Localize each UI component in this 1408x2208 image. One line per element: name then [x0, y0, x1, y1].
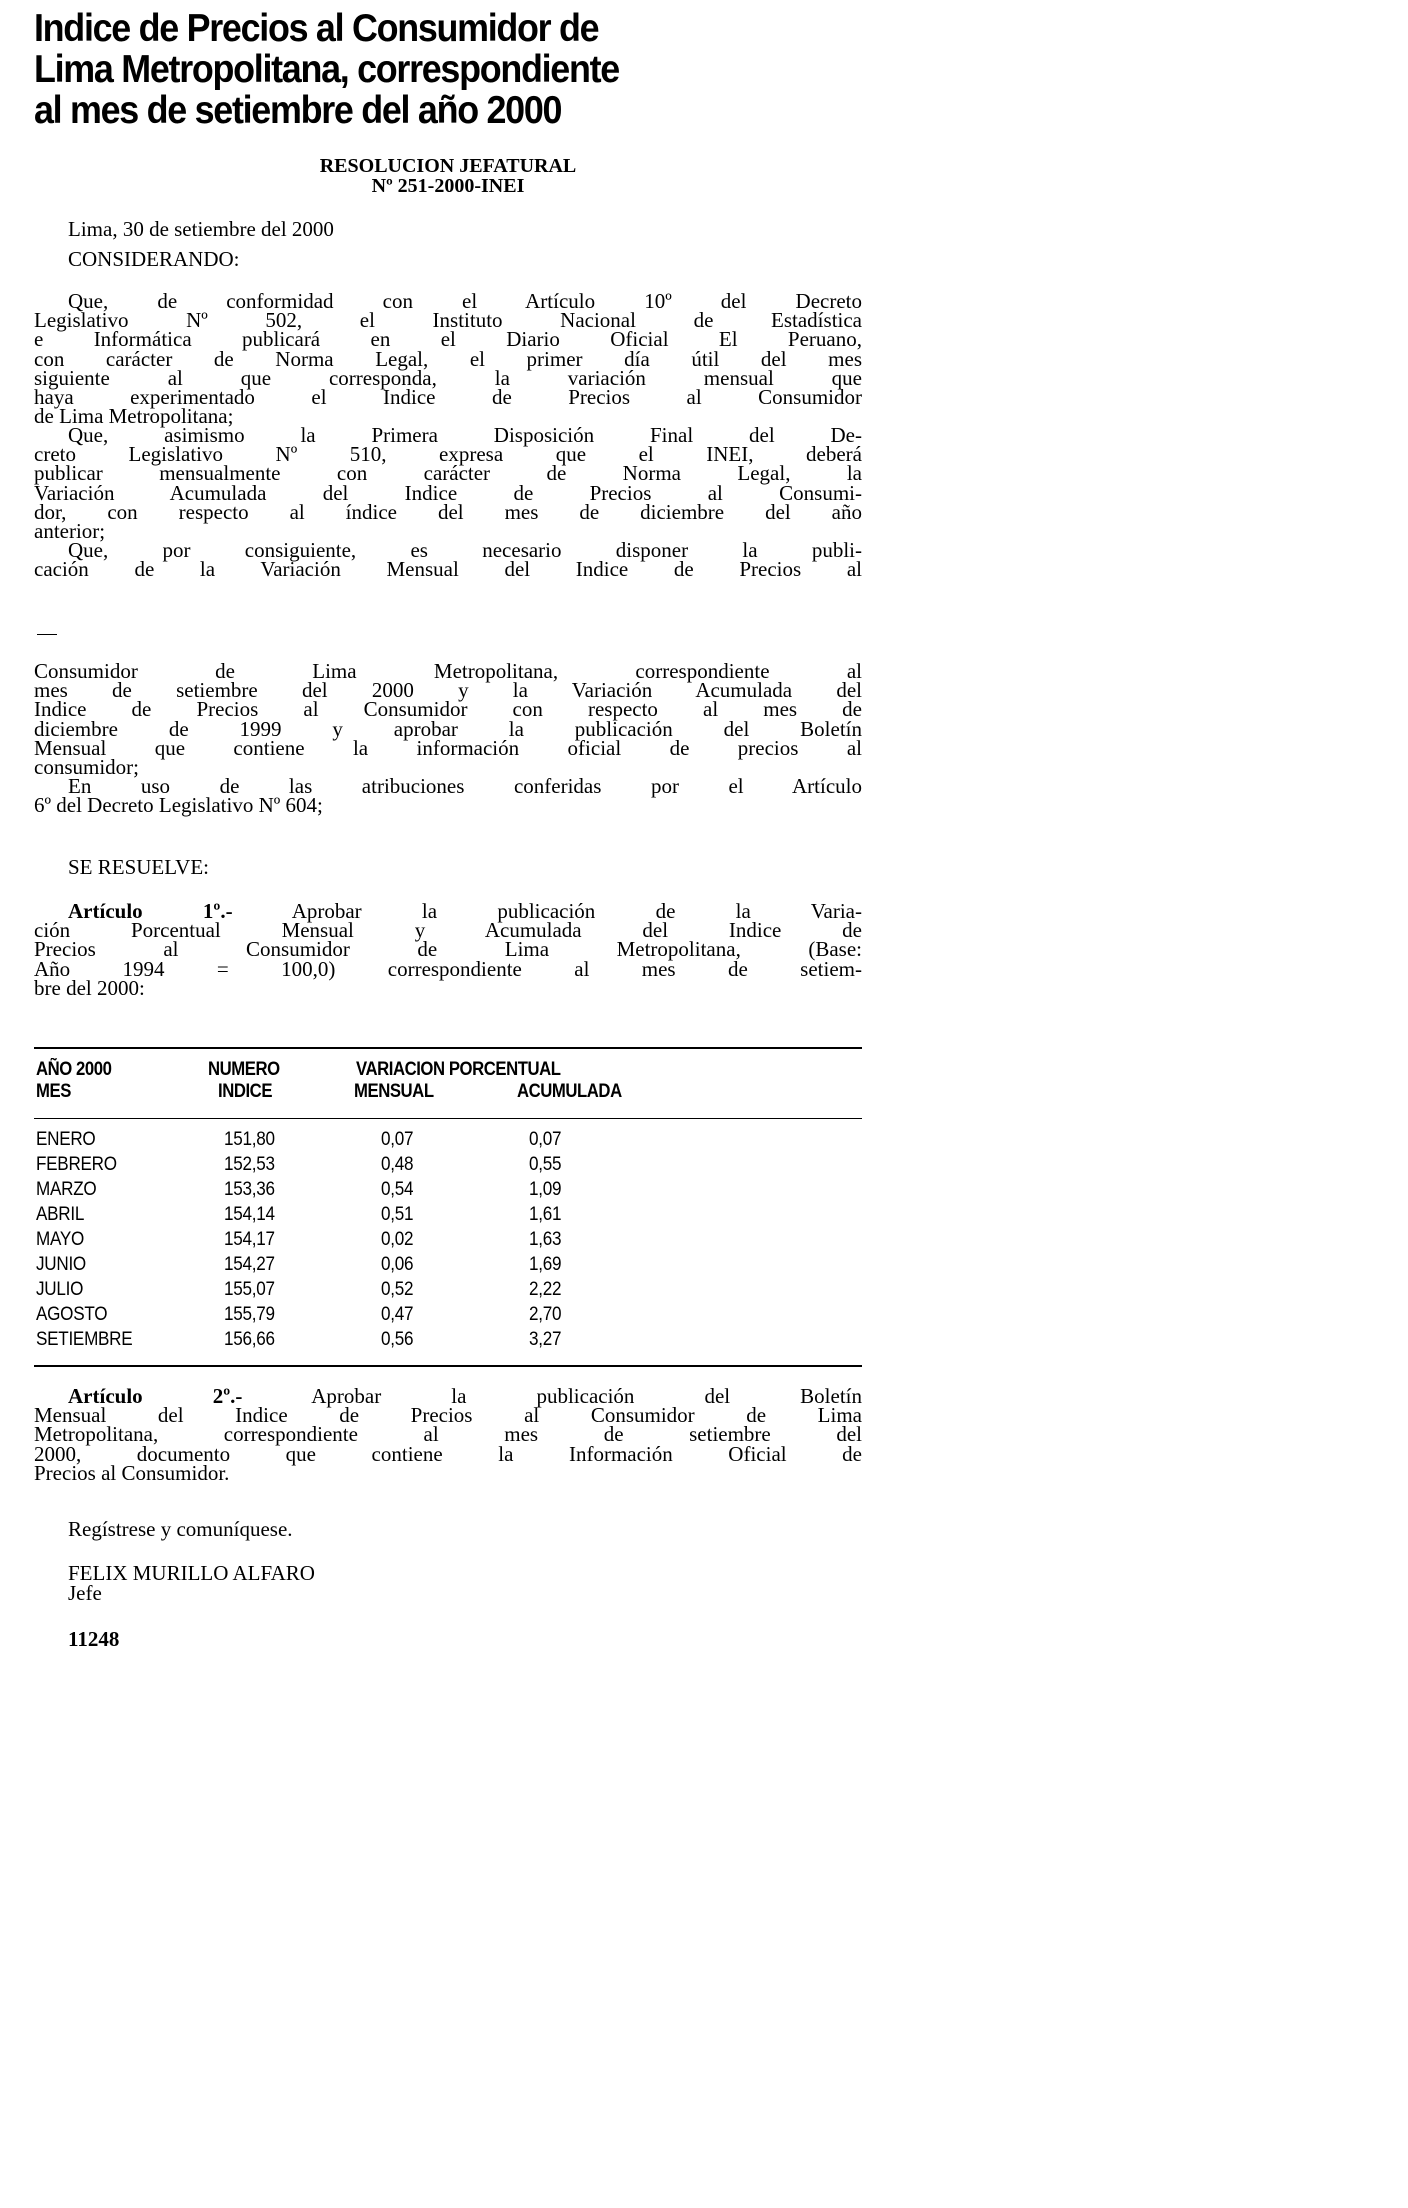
cell-month: ENERO	[36, 1127, 95, 1152]
considerando-paragraph-1: Que, de conformidad con el Artículo 10º …	[34, 292, 862, 426]
header-index: INDICE	[218, 1080, 272, 1103]
text-line: Año 1994 = 100,0) correspondiente al mes…	[34, 960, 862, 979]
reference-number: 11248	[68, 1630, 119, 1649]
resolution-number: Nº 251-2000-INEI	[34, 176, 862, 197]
text-line: cación de la Variación Mensual del Indic…	[34, 560, 862, 579]
cell-cumulative: 0,07	[529, 1127, 561, 1152]
signatory-role: Jefe	[68, 1584, 102, 1603]
cell-month: SETIEMBRE	[36, 1327, 132, 1352]
closing-formula: Regístrese y comuníquese.	[68, 1520, 293, 1539]
cell-cumulative: 2,70	[529, 1302, 561, 1327]
cell-monthly: 0,07	[381, 1127, 413, 1152]
cell-index: 154,17	[224, 1227, 275, 1252]
text-line: dor, con respecto al índice del mes de d…	[34, 503, 862, 522]
cell-month: JUNIO	[36, 1252, 86, 1277]
cell-index: 154,14	[224, 1202, 275, 1227]
table-top-rule	[34, 1047, 862, 1049]
cell-cumulative: 1,61	[529, 1202, 561, 1227]
resolution-type: RESOLUCION JEFATURAL	[34, 156, 862, 177]
signatory-name: FELIX MURILLO ALFARO	[68, 1564, 315, 1583]
cell-cumulative: 1,69	[529, 1252, 561, 1277]
header-number: NUMERO	[208, 1058, 280, 1081]
date-line: Lima, 30 de setiembre del 2000	[68, 220, 334, 239]
cell-index: 151,80	[224, 1127, 275, 1152]
resuelve-heading: SE RESUELVE:	[68, 858, 209, 877]
header-year: AÑO 2000	[36, 1058, 111, 1081]
text-line: 6º del Decreto Legislativo Nº 604;	[34, 796, 862, 815]
header-cumulative: ACUMULADA	[517, 1080, 622, 1103]
considerando-paragraph-3a: Que, por consiguiente, es necesario disp…	[34, 541, 862, 579]
cell-index: 155,07	[224, 1277, 275, 1302]
cell-cumulative: 1,09	[529, 1177, 561, 1202]
cell-monthly: 0,48	[381, 1152, 413, 1177]
cell-monthly: 0,56	[381, 1327, 413, 1352]
table-header-rule	[34, 1118, 862, 1119]
cell-month: JULIO	[36, 1277, 83, 1302]
page-title: Indice de Precios al Consumidor de Lima …	[34, 8, 807, 131]
cell-monthly: 0,52	[381, 1277, 413, 1302]
text-line: Mensual que contiene la información ofic…	[34, 739, 862, 758]
cell-monthly: 0,51	[381, 1202, 413, 1227]
cell-monthly: 0,47	[381, 1302, 413, 1327]
cell-cumulative: 2,22	[529, 1277, 561, 1302]
cell-month: MAYO	[36, 1227, 84, 1252]
articulo-2: Artículo 2º.- Aprobar la publicación del…	[34, 1387, 862, 1483]
cell-month: FEBRERO	[36, 1152, 117, 1177]
header-variation-group: VARIACION PORCENTUAL	[356, 1058, 561, 1081]
text-line: Precios al Consumidor.	[34, 1464, 862, 1483]
cell-index: 155,79	[224, 1302, 275, 1327]
header-monthly: MENSUAL	[354, 1080, 434, 1103]
column-break-mark	[37, 634, 57, 635]
cell-cumulative: 1,63	[529, 1227, 561, 1252]
cell-monthly: 0,06	[381, 1252, 413, 1277]
title-line: Lima Metropolitana, correspondiente	[34, 49, 807, 90]
title-line: Indice de Precios al Consumidor de	[34, 8, 807, 49]
cell-month: ABRIL	[36, 1202, 84, 1227]
cell-index: 153,36	[224, 1177, 275, 1202]
cell-index: 154,27	[224, 1252, 275, 1277]
header-month: MES	[36, 1080, 71, 1103]
table-bottom-rule	[34, 1365, 862, 1367]
title-line: al mes de setiembre del año 2000	[34, 90, 807, 131]
cell-month: MARZO	[36, 1177, 96, 1202]
cell-index: 156,66	[224, 1327, 275, 1352]
text-line: bre del 2000:	[34, 979, 862, 998]
cell-cumulative: 3,27	[529, 1327, 561, 1352]
considerando-heading: CONSIDERANDO:	[68, 250, 240, 269]
considerando-paragraph-2: Que, asimismo la Primera Disposición Fin…	[34, 426, 862, 541]
cell-monthly: 0,02	[381, 1227, 413, 1252]
considerando-paragraph-4: En uso de las atribuciones conferidas po…	[34, 777, 862, 815]
articulo-1: Artículo 1º.- Aprobar la publicación de …	[34, 902, 862, 998]
cell-monthly: 0,54	[381, 1177, 413, 1202]
cell-cumulative: 0,55	[529, 1152, 561, 1177]
considerando-paragraph-3b: Consumidor de Lima Metropolitana, corres…	[34, 662, 862, 777]
cell-index: 152,53	[224, 1152, 275, 1177]
cell-month: AGOSTO	[36, 1302, 107, 1327]
